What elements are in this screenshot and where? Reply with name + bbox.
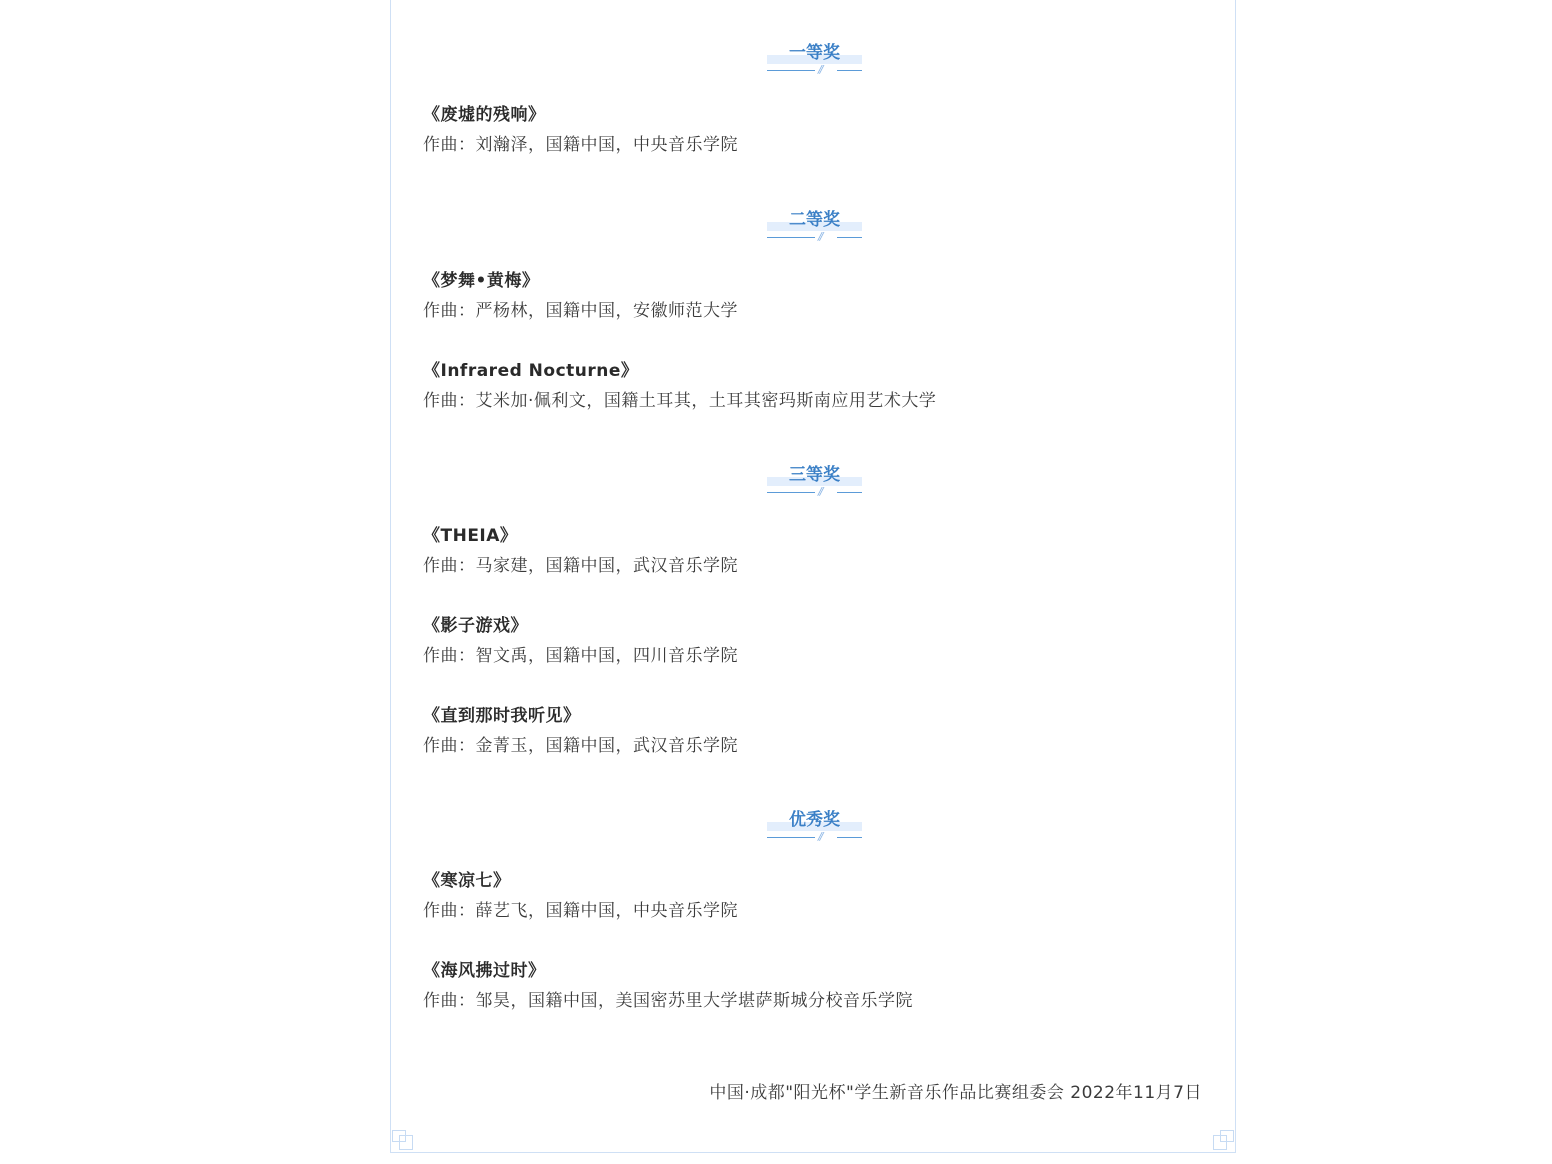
award-entry: 《海风拂过时》 作曲：邹昊，国籍中国，美国密苏里大学堪萨斯城分校音乐学院 (423, 960, 913, 1012)
work-title: 《直到那时我听见》 (423, 705, 738, 727)
divider-line (837, 837, 862, 838)
award-entry: 《废墟的残响》 作曲：刘瀚泽，国籍中国，中央音乐学院 (423, 104, 738, 156)
divider-line (767, 837, 815, 838)
section-title: 一等奖 (767, 42, 862, 64)
corner-ornament-icon (391, 1130, 415, 1152)
divider-line (837, 237, 862, 238)
section-title: 二等奖 (767, 209, 862, 231)
divider-line (767, 492, 815, 493)
section-heading-excellence-prize: 优秀奖 // (767, 809, 862, 849)
corner-ornament-icon (1211, 1130, 1235, 1152)
section-heading-second-prize: 二等奖 // (767, 209, 862, 249)
composer-info: 作曲：智文禹，国籍中国，四川音乐学院 (423, 645, 738, 667)
work-title: 《THEIA》 (423, 525, 738, 547)
organizer-signature: 中国·成都"阳光杯"学生新音乐作品比赛组委会 2022年11月7日 (709, 1082, 1202, 1104)
double-slash-ornament: // (818, 831, 821, 843)
composer-info: 作曲：刘瀚泽，国籍中国，中央音乐学院 (423, 134, 738, 156)
work-title: 《海风拂过时》 (423, 960, 913, 982)
divider-line (837, 492, 862, 493)
double-slash-ornament: // (818, 64, 821, 76)
work-title: 《梦舞•黄梅》 (423, 270, 738, 292)
composer-info: 作曲：艾米加·佩利文，国籍土耳其，土耳其密玛斯南应用艺术大学 (423, 390, 936, 412)
composer-info: 作曲：金菁玉，国籍中国，武汉音乐学院 (423, 735, 738, 757)
section-heading-first-prize: 一等奖 // (767, 42, 862, 82)
work-title: 《Infrared Nocturne》 (423, 360, 936, 382)
composer-info: 作曲：薛艺飞，国籍中国，中央音乐学院 (423, 900, 738, 922)
award-entry: 《寒凉七》 作曲：薛艺飞，国籍中国，中央音乐学院 (423, 870, 738, 922)
document-page: 一等奖 // 《废墟的残响》 作曲：刘瀚泽，国籍中国，中央音乐学院 二等奖 //… (390, 0, 1236, 1153)
section-title: 三等奖 (767, 464, 862, 486)
work-title: 《废墟的残响》 (423, 104, 738, 126)
award-entry: 《梦舞•黄梅》 作曲：严杨林，国籍中国，安徽师范大学 (423, 270, 738, 322)
double-slash-ornament: // (818, 231, 821, 243)
award-entry: 《影子游戏》 作曲：智文禹，国籍中国，四川音乐学院 (423, 615, 738, 667)
award-entry: 《Infrared Nocturne》 作曲：艾米加·佩利文，国籍土耳其，土耳其… (423, 360, 936, 412)
award-entry: 《直到那时我听见》 作曲：金菁玉，国籍中国，武汉音乐学院 (423, 705, 738, 757)
award-entry: 《THEIA》 作曲：马家建，国籍中国，武汉音乐学院 (423, 525, 738, 577)
work-title: 《影子游戏》 (423, 615, 738, 637)
section-heading-third-prize: 三等奖 // (767, 464, 862, 504)
divider-line (837, 70, 862, 71)
composer-info: 作曲：严杨林，国籍中国，安徽师范大学 (423, 300, 738, 322)
section-title: 优秀奖 (767, 809, 862, 831)
work-title: 《寒凉七》 (423, 870, 738, 892)
divider-line (767, 237, 815, 238)
divider-line (767, 70, 815, 71)
composer-info: 作曲：邹昊，国籍中国，美国密苏里大学堪萨斯城分校音乐学院 (423, 990, 913, 1012)
composer-info: 作曲：马家建，国籍中国，武汉音乐学院 (423, 555, 738, 577)
double-slash-ornament: // (818, 486, 821, 498)
